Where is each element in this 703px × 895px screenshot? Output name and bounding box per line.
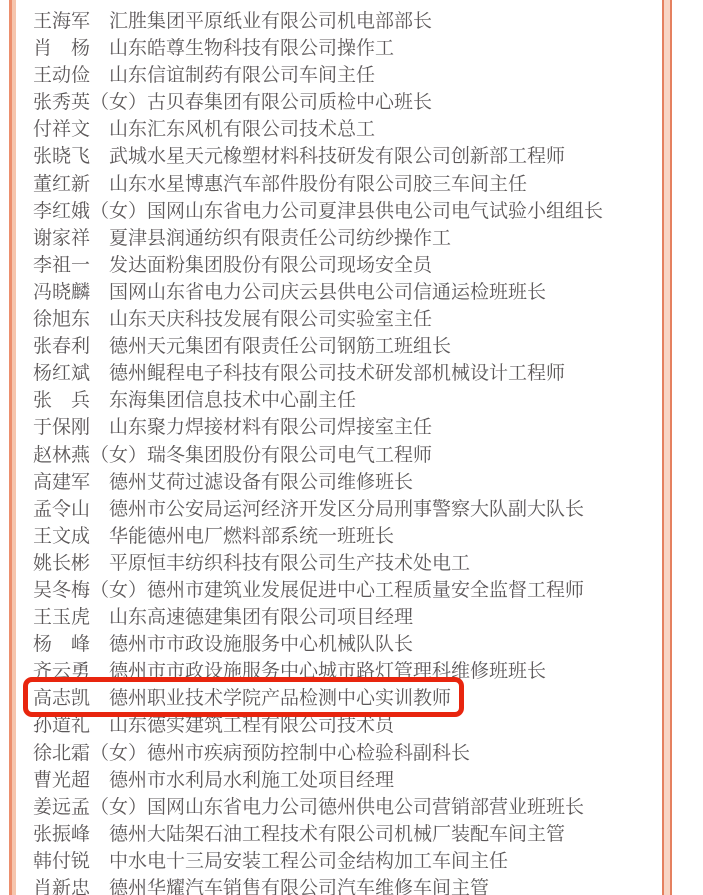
list-item: 张春利 德州天元集团有限责任公司钢筋工班组长 [0, 333, 703, 360]
entry-text: 李红娥（女）国网山东省电力公司夏津县供电公司电气试验小组组长 [33, 201, 603, 222]
list-item: 谢家祥 夏津县润通纺织有限责任公司纺纱操作工 [0, 225, 703, 252]
entry-text: 曹光超 德州市水利局水利施工处项目经理 [33, 770, 394, 791]
entry-text: 齐云勇 德州市市政设施服务中心城市路灯管理科维修班班长 [33, 661, 546, 682]
entry-text: 张晓飞 武城水星天元橡塑材料科技研发有限公司创新部工程师 [33, 146, 565, 167]
entry-text: 谢家祥 夏津县润通纺织有限责任公司纺纱操作工 [33, 228, 451, 249]
list-item: 赵林燕（女）瑞冬集团股份有限公司电气工程师 [0, 442, 703, 469]
entry-text: 王海军 汇胜集团平原纸业有限公司机电部部长 [33, 11, 432, 32]
list-item: 王海军 汇胜集团平原纸业有限公司机电部部长 [0, 8, 703, 35]
entry-text: 肖 杨 山东皓尊生物科技有限公司操作工 [33, 38, 394, 59]
entry-text: 孟令山 德州市公安局运河经济开发区分局刑事警察大队副大队长 [33, 499, 584, 520]
list-item: 张振峰 德州大陆架石油工程技术有限公司机械厂装配车间主管 [0, 821, 703, 848]
list-item: 杨 峰 德州市市政设施服务中心机械队队长 [0, 631, 703, 658]
list-item-highlighted: 高志凯 德州职业技术学院产品检测中心实训教师 [0, 685, 703, 712]
list-item: 于保刚 山东聚力焊接材料有限公司焊接室主任 [0, 414, 703, 441]
entry-text: 高志凯 德州职业技术学院产品检测中心实训教师 [33, 688, 451, 709]
list-item: 冯晓麟 国网山东省电力公司庆云县供电公司信通运检班班长 [0, 279, 703, 306]
list-item: 孟令山 德州市公安局运河经济开发区分局刑事警察大队副大队长 [0, 496, 703, 523]
list-item: 王文成 华能德州电厂燃料部系统一班班长 [0, 523, 703, 550]
entry-text: 王文成 华能德州电厂燃料部系统一班班长 [33, 526, 394, 547]
entry-text: 姚长彬 平原恒丰纺织科技有限公司生产技术处电工 [33, 553, 470, 574]
entry-text: 徐北霜（女）德州市疾病预防控制中心检验科副科长 [33, 743, 470, 764]
list-item: 张晓飞 武城水星天元橡塑材料科技研发有限公司创新部工程师 [0, 143, 703, 170]
entry-text: 姜远孟（女）国网山东省电力公司德州供电公司营销部营业班班长 [33, 797, 584, 818]
entry-text: 孙道礼 山东德实建筑工程有限公司技术员 [33, 715, 394, 736]
entry-text: 董红新 山东水星博惠汽车部件股份有限公司胶三车间主任 [33, 174, 527, 195]
entry-text: 张 兵 东海集团信息技术中心副主任 [33, 390, 356, 411]
entry-text: 赵林燕（女）瑞冬集团股份有限公司电气工程师 [33, 445, 432, 466]
entry-text: 杨 峰 德州市市政设施服务中心机械队队长 [33, 634, 413, 655]
entry-text: 李祖一 发达面粉集团股份有限公司现场安全员 [33, 255, 432, 276]
entry-text: 冯晓麟 国网山东省电力公司庆云县供电公司信通运检班班长 [33, 282, 546, 303]
list-item: 杨红斌 德州鲲程电子科技有限公司技术研发部机械设计工程师 [0, 360, 703, 387]
entry-text: 肖新忠 德州华耀汽车销售有限公司汽车维修车间主管 [33, 878, 489, 895]
list-item: 王动俭 山东信谊制药有限公司车间主任 [0, 62, 703, 89]
list-item: 付祥文 山东汇东风机有限公司技术总工 [0, 116, 703, 143]
entry-text: 张秀英（女）古贝春集团有限公司质检中心班长 [33, 92, 432, 113]
list-item: 董红新 山东水星博惠汽车部件股份有限公司胶三车间主任 [0, 171, 703, 198]
list-item: 孙道礼 山东德实建筑工程有限公司技术员 [0, 712, 703, 739]
entry-text: 王动俭 山东信谊制药有限公司车间主任 [33, 65, 375, 86]
entry-text: 王玉虎 山东高速德建集团有限公司项目经理 [33, 607, 413, 628]
list-item: 徐旭东 山东天庆科技发展有限公司实验室主任 [0, 306, 703, 333]
list-item: 肖 杨 山东皓尊生物科技有限公司操作工 [0, 35, 703, 62]
list-item: 李红娥（女）国网山东省电力公司夏津县供电公司电气试验小组组长 [0, 198, 703, 225]
list-item: 张秀英（女）古贝春集团有限公司质检中心班长 [0, 89, 703, 116]
entry-text: 张春利 德州天元集团有限责任公司钢筋工班组长 [33, 336, 451, 357]
list-item: 韩付锐 中水电十三局安装工程公司金结构加工车间主任 [0, 848, 703, 875]
entry-text: 杨红斌 德州鲲程电子科技有限公司技术研发部机械设计工程师 [33, 363, 565, 384]
entry-text: 张振峰 德州大陆架石油工程技术有限公司机械厂装配车间主管 [33, 824, 565, 845]
entry-text: 高建军 德州艾荷过滤设备有限公司维修班长 [33, 472, 413, 493]
entry-text: 徐旭东 山东天庆科技发展有限公司实验室主任 [33, 309, 432, 330]
list-item: 齐云勇 德州市市政设施服务中心城市路灯管理科维修班班长 [0, 658, 703, 685]
list-item: 王玉虎 山东高速德建集团有限公司项目经理 [0, 604, 703, 631]
list-item: 肖新忠 德州华耀汽车销售有限公司汽车维修车间主管 [0, 875, 703, 895]
list-item: 徐北霜（女）德州市疾病预防控制中心检验科副科长 [0, 740, 703, 767]
entry-text: 韩付锐 中水电十三局安装工程公司金结构加工车间主任 [33, 851, 508, 872]
award-winner-list: 王海军 汇胜集团平原纸业有限公司机电部部长肖 杨 山东皓尊生物科技有限公司操作工… [0, 8, 703, 895]
list-item: 曹光超 德州市水利局水利施工处项目经理 [0, 767, 703, 794]
entry-text: 付祥文 山东汇东风机有限公司技术总工 [33, 119, 375, 140]
list-item: 张 兵 东海集团信息技术中心副主任 [0, 387, 703, 414]
entry-text: 于保刚 山东聚力焊接材料有限公司焊接室主任 [33, 417, 432, 438]
list-item: 姜远孟（女）国网山东省电力公司德州供电公司营销部营业班班长 [0, 794, 703, 821]
list-item: 姚长彬 平原恒丰纺织科技有限公司生产技术处电工 [0, 550, 703, 577]
list-item: 李祖一 发达面粉集团股份有限公司现场安全员 [0, 252, 703, 279]
list-item: 高建军 德州艾荷过滤设备有限公司维修班长 [0, 469, 703, 496]
entry-text: 吴冬梅（女）德州市建筑业发展促进中心工程质量安全监督工程师 [33, 580, 584, 601]
list-item: 吴冬梅（女）德州市建筑业发展促进中心工程质量安全监督工程师 [0, 577, 703, 604]
